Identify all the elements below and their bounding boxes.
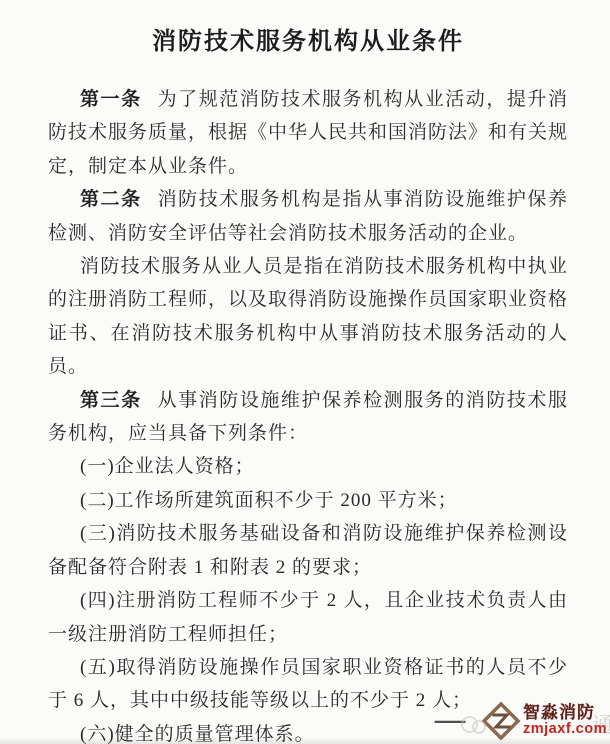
paragraph: 第三条从事消防设施维护保养检测服务的消防技术服务机构，应当具备下列条件： bbox=[48, 384, 568, 451]
paragraph: 第二条消防技术服务机构是指从事消防设施维护保养检测、消防安全评估等社会消防技术服… bbox=[48, 183, 568, 250]
paragraph-text: (一)企业法人资格； bbox=[80, 456, 255, 477]
paragraph-text: 消防技术服务从业人员是指在消防技术服务机构中执业的注册消防工程师，以及取得消防设… bbox=[48, 256, 568, 377]
diamond-z-logo-icon bbox=[481, 701, 521, 741]
watermark-text: 智淼消防 zmjaxf.com bbox=[523, 704, 607, 738]
article-label: 第一条 bbox=[80, 89, 142, 110]
paragraph-text: (三)消防技术服务基础设备和消防设施维护保养检测设备配备符合附表 1 和附表 2… bbox=[48, 523, 568, 577]
list-item: (二)工作场所建筑面积不少于 200 平方米； bbox=[48, 484, 568, 517]
document-page: 消防技术服务机构从业条件 第一条为了规范消防技术服务机构从业活动，提升消防技术服… bbox=[0, 0, 610, 744]
ghost-circles bbox=[461, 710, 485, 732]
list-item: (一)企业法人资格； bbox=[48, 450, 568, 483]
paragraph-text: (二)工作场所建筑面积不少于 200 平方米； bbox=[80, 490, 458, 511]
list-item: (四)注册消防工程师不少于 2 人，且企业技术负责人由一级注册消防工程师担任； bbox=[48, 584, 568, 651]
paragraph-text: (四)注册消防工程师不少于 2 人，且企业技术负责人由一级注册消防工程师担任； bbox=[48, 590, 568, 644]
document-content: 消防技术服务机构从业条件 第一条为了规范消防技术服务机构从业活动，提升消防技术服… bbox=[0, 0, 610, 744]
list-item: (三)消防技术服务基础设备和消防设施维护保养检测设备配备符合附表 1 和附表 2… bbox=[48, 517, 568, 584]
watermark: — 通 智淼消防 zmjaxf.com bbox=[439, 701, 607, 741]
article-label: 第二条 bbox=[80, 189, 142, 210]
paragraph-text: (六)健全的质量管理体系。 bbox=[80, 724, 315, 744]
article-label: 第三条 bbox=[80, 390, 142, 411]
paragraph: 第一条为了规范消防技术服务机构从业活动，提升消防技术服务质量，根据《中华人民共和… bbox=[48, 83, 568, 183]
document-title: 消防技术服务机构从业条件 bbox=[48, 25, 568, 59]
paragraph: 消防技术服务从业人员是指在消防技术服务机构中执业的注册消防工程师，以及取得消防设… bbox=[48, 250, 568, 384]
brand-name: 智淼消防 bbox=[523, 704, 607, 722]
site-url: zmjaxf.com bbox=[523, 722, 607, 738]
